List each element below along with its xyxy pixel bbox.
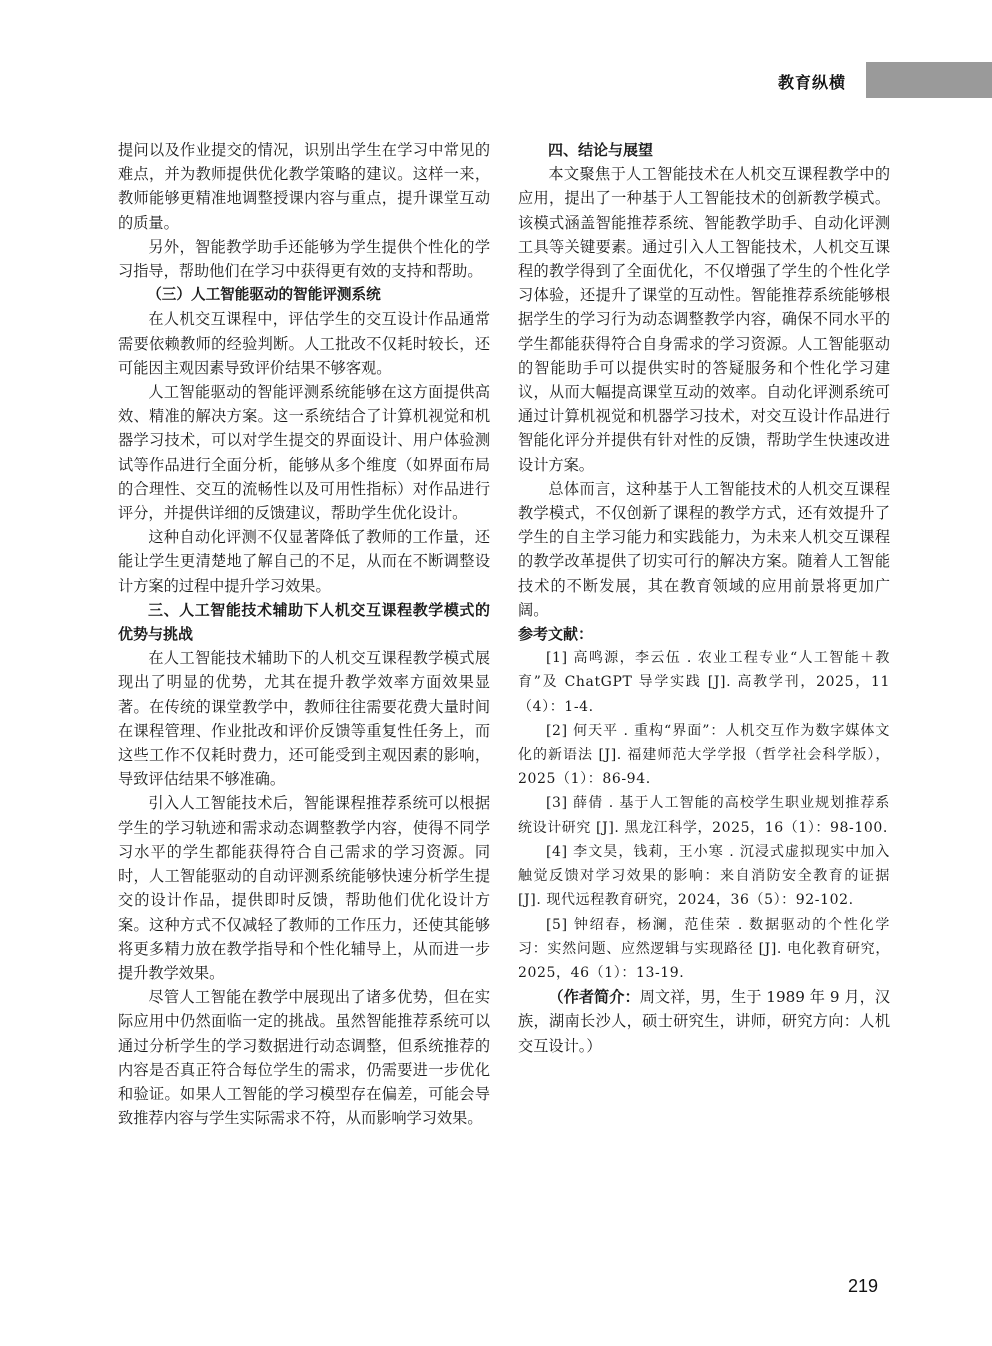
paragraph: 人工智能驱动的智能评测系统能够在这方面提供高效、精准的解决方案。这一系统结合了计… bbox=[118, 380, 490, 525]
paragraph: 引入人工智能技术后，智能课程推荐系统可以根据学生的学习轨迹和需求动态调整教学内容… bbox=[118, 791, 490, 985]
reference-item: [2] 何天平 . 重构“界面”：人机交互作为数字媒体文化的新语法 [J]. 福… bbox=[518, 719, 890, 792]
section-heading: 四、结论与展望 bbox=[518, 138, 890, 162]
paragraph: 另外，智能教学助手还能够为学生提供个性化的学习指导，帮助他们在学习中获得更有效的… bbox=[118, 235, 490, 283]
paragraph: 在人机交互课程中，评估学生的交互设计作品通常需要依赖教师的经验判断。人工批改不仅… bbox=[118, 307, 490, 380]
paragraph: 提问以及作业提交的情况，识别出学生在学习中常见的难点，并为教师提供优化教学策略的… bbox=[118, 138, 490, 235]
page-number: 219 bbox=[848, 1276, 878, 1297]
paragraph: 本文聚焦于人工智能技术在人机交互课程教学中的应用，提出了一种基于人工智能技术的创… bbox=[518, 162, 890, 477]
reference-item: [1] 高鸣源，李云伍 . 农业工程专业“人工智能＋教育”及 ChatGPT 导… bbox=[518, 646, 890, 719]
author-bio-label: （作者简介： bbox=[548, 988, 639, 1006]
paragraph: 总体而言，这种基于人工智能技术的人机交互课程教学模式，不仅创新了课程的教学方式，… bbox=[518, 477, 890, 622]
author-bio: （作者简介：周文祥，男，生于 1989 年 9 月，汉族，湖南长沙人，硕士研究生… bbox=[518, 985, 890, 1058]
subsection-heading: （三）人工智能驱动的智能评测系统 bbox=[118, 283, 490, 307]
paragraph: 在人工智能技术辅助下的人机交互课程教学模式展现出了明显的优势，尤其在提升教学效率… bbox=[118, 646, 490, 791]
reference-item: [4] 李文昊，钱莉，王小寒 . 沉浸式虚拟现实中加入触觉反馈对学习效果的影响：… bbox=[518, 840, 890, 913]
reference-item: [5] 钟绍春，杨澜，范佳荣 . 数据驱动的个性化学习：实然问题、应然逻辑与实现… bbox=[518, 913, 890, 986]
paragraph: 尽管人工智能在教学中展现出了诸多优势，但在实际应用中仍然面临一定的挑战。虽然智能… bbox=[118, 985, 490, 1130]
header-decoration-bar bbox=[866, 62, 992, 98]
references-heading: 参考文献： bbox=[518, 622, 890, 646]
reference-item: [3] 薛倩 . 基于人工智能的高校学生职业规划推荐系统设计研究 [J]. 黑龙… bbox=[518, 791, 890, 839]
section-label: 教育纵横 bbox=[778, 70, 846, 93]
right-column: 四、结论与展望 本文聚焦于人工智能技术在人机交互课程教学中的应用，提出了一种基于… bbox=[518, 138, 890, 1058]
left-column: 提问以及作业提交的情况，识别出学生在学习中常见的难点，并为教师提供优化教学策略的… bbox=[118, 138, 490, 1130]
paragraph: 这种自动化评测不仅显著降低了教师的工作量，还能让学生更清楚地了解自己的不足，从而… bbox=[118, 525, 490, 598]
section-heading: 三、人工智能技术辅助下人机交互课程教学模式的优势与挑战 bbox=[118, 598, 490, 646]
